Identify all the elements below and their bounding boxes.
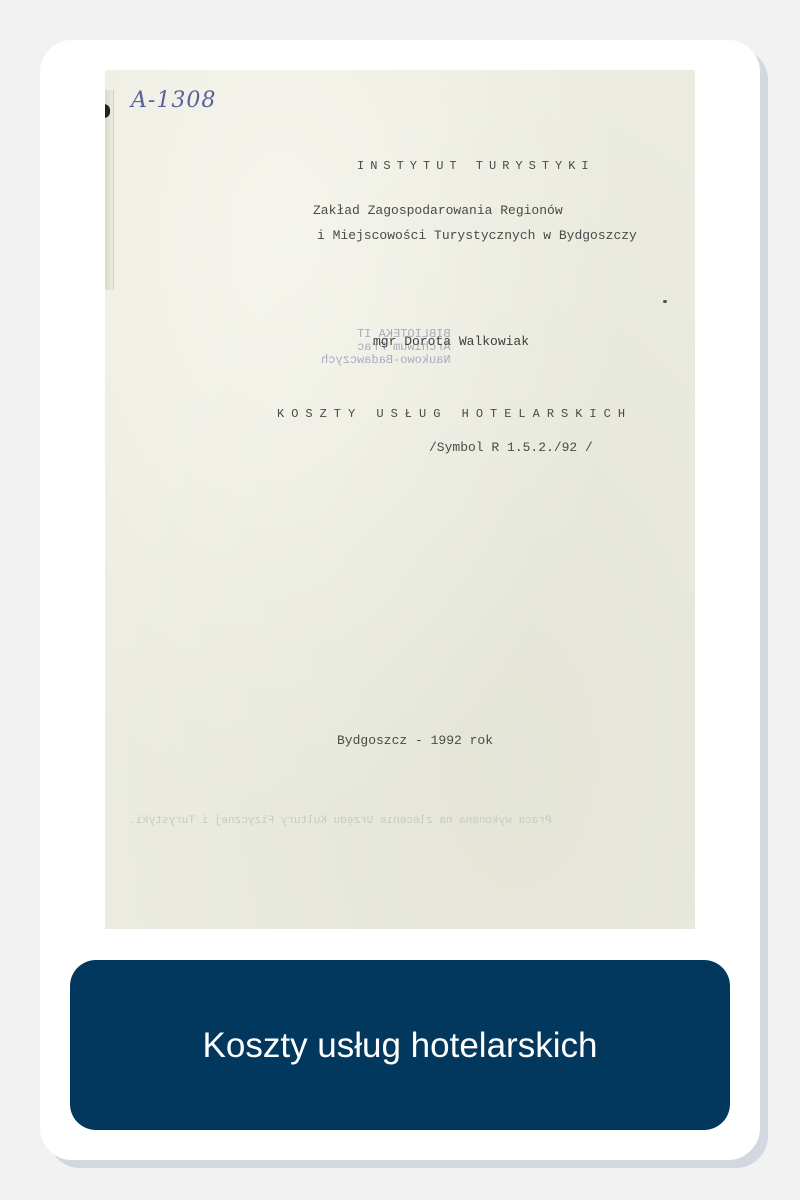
department-line-2: i Miejscowości Turystycznych w Bydgoszcz… xyxy=(317,228,637,243)
card-title[interactable]: Koszty usług hotelarskich xyxy=(203,1026,598,1066)
ink-speck xyxy=(663,300,667,303)
showthrough-text: Praca wykonana na zlecenie Urzędu Kultur… xyxy=(129,815,551,827)
document-symbol: /Symbol R 1.5.2./92 / xyxy=(429,440,593,455)
binding-tape xyxy=(105,90,114,290)
department-line-1: Zakład Zagospodarowania Regionów xyxy=(313,203,563,218)
institute-name: INSTYTUT TURYSTYKI xyxy=(357,159,595,173)
place-and-date: Bydgoszcz - 1992 rok xyxy=(337,733,493,748)
document-scan-image[interactable]: A-1308 INSTYTUT TURYSTYKI Zakład Zagospo… xyxy=(105,70,695,929)
handwritten-reference: A-1308 xyxy=(131,88,216,113)
document-title: KOSZTY USŁUG HOTELARSKICH xyxy=(277,407,632,421)
card-footer[interactable]: Koszty usług hotelarskich xyxy=(70,960,730,1130)
author-name: mgr Dorota Walkowiak xyxy=(373,334,529,349)
